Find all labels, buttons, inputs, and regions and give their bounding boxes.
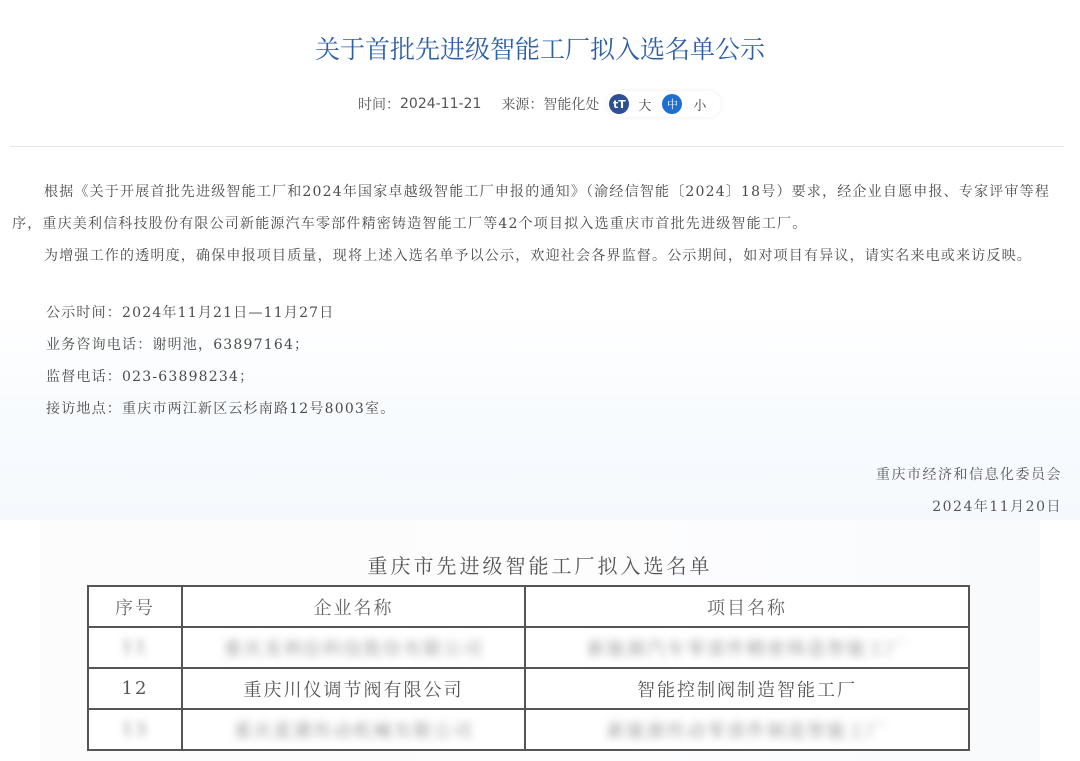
table-row: 12 重庆川仪调节阀有限公司 智能控制阀制造智能工厂 (88, 668, 969, 709)
list-title: 重庆市先进级智能工厂拟入选名单 (0, 550, 1080, 579)
publicity-period: 公示时间：2024年11月21日—11月27日 (46, 303, 335, 323)
article-meta: 时间： 2024-11-21 来源： 智能化处 tT 大 中 小 (358, 92, 721, 116)
font-size-icon: tT (609, 94, 629, 114)
row-index: 12 (88, 668, 182, 709)
header-divider (10, 146, 1064, 147)
supervise-phone: 监督电话：023-63898234； (46, 367, 254, 387)
consult-phone: 业务咨询电话：谢明池，63897164； (46, 335, 309, 355)
time-label: 时间： (358, 94, 400, 114)
header-index: 序号 (88, 586, 182, 627)
time-value: 2024-11-21 (400, 96, 481, 112)
row-company: 重庆蓝黛传动机械有限公司 (182, 709, 525, 750)
font-size-large-button[interactable]: 大 (638, 95, 651, 114)
signature-org: 重庆市经济和信息化委员会 (876, 464, 1062, 484)
row-company: 重庆美利信科技股份有限公司 (182, 627, 525, 668)
font-size-small-button[interactable]: 小 (693, 95, 706, 114)
header-company: 企业名称 (182, 586, 525, 627)
source-value: 智能化处 (543, 94, 599, 114)
table-row: 13 重庆蓝黛传动机械有限公司 新能源传动零部件制造智能工厂 (88, 709, 969, 750)
table-header-row: 序号 企业名称 项目名称 (88, 586, 969, 627)
row-company: 重庆川仪调节阀有限公司 (182, 668, 525, 709)
row-index: 11 (88, 627, 182, 668)
font-size-switch: tT 大 中 小 (607, 91, 721, 117)
visit-address: 接访地点：重庆市两江新区云杉南路12号8003室。 (46, 399, 395, 419)
row-index: 13 (88, 709, 182, 750)
header-project: 项目名称 (525, 586, 969, 627)
font-size-medium-button[interactable]: 中 (662, 94, 682, 114)
table-row: 11 重庆美利信科技股份有限公司 新能源汽车零部件精密铸造智能工厂 (88, 627, 969, 668)
row-project: 智能控制阀制造智能工厂 (525, 668, 969, 709)
article-title: 关于首批先进级智能工厂拟入选名单公示 (0, 30, 1080, 66)
candidate-list-table: 序号 企业名称 项目名称 11 重庆美利信科技股份有限公司 新能源汽车零部件精密… (87, 585, 970, 751)
row-project: 新能源汽车零部件精密铸造智能工厂 (525, 627, 969, 668)
article-body: 根据《关于开展首批先进级智能工厂和2024年国家卓越级智能工厂申报的通知》（渝经… (12, 176, 1052, 272)
row-project: 新能源传动零部件制造智能工厂 (525, 709, 969, 750)
signature-date: 2024年11月20日 (932, 496, 1062, 516)
paragraph-2: 为增强工作的透明度，确保申报项目质量，现将上述入选名单予以公示，欢迎社会各界监督… (12, 240, 1052, 272)
source-label: 来源： (501, 94, 543, 114)
paragraph-1: 根据《关于开展首批先进级智能工厂和2024年国家卓越级智能工厂申报的通知》（渝经… (12, 176, 1052, 240)
